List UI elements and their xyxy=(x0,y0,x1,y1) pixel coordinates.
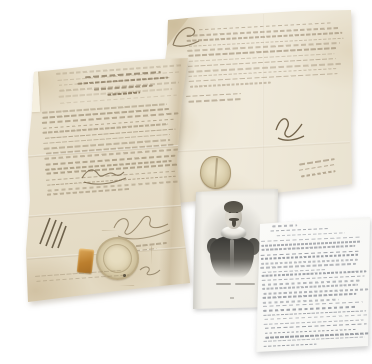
handwriting-line xyxy=(270,228,329,232)
manuscript-paper xyxy=(22,50,194,306)
wax-remnant xyxy=(77,248,94,273)
handwriting-block-docket xyxy=(297,157,344,186)
handwriting-line xyxy=(188,98,242,102)
wax-seal xyxy=(200,156,231,189)
handwriting-line xyxy=(262,220,294,223)
margin-scribble xyxy=(36,214,72,252)
handwriting-line xyxy=(277,232,345,236)
handwriting-line xyxy=(42,123,168,134)
signature-flourish xyxy=(80,166,128,188)
armor-breastplate xyxy=(210,236,254,278)
handwriting-line xyxy=(190,82,271,88)
tape-repair xyxy=(29,70,40,112)
plate-number-mark xyxy=(230,297,234,299)
fold-crease-vertical xyxy=(262,14,264,194)
handwriting-block-body xyxy=(259,236,370,351)
handwriting-line xyxy=(262,293,356,299)
document-manuscript-left xyxy=(22,50,194,306)
portrait-caption-word xyxy=(216,283,231,285)
portrait-eye-left xyxy=(229,212,231,213)
handwriting-line xyxy=(108,91,140,95)
handwriting-block-bottom-row xyxy=(34,269,135,288)
docket-flourish xyxy=(307,187,329,201)
handwriting-line xyxy=(264,343,317,347)
handwriting-line xyxy=(299,164,336,171)
handwriting-line xyxy=(301,170,336,177)
portrait-hair xyxy=(224,201,243,213)
handwriting-line xyxy=(41,112,178,123)
handwriting-block-letter-body xyxy=(185,22,350,96)
handwriting-line xyxy=(94,84,153,90)
portrait-goatee xyxy=(232,220,236,227)
portrait-eye-right xyxy=(236,212,238,213)
handwriting-line xyxy=(272,225,297,228)
photo-canvas xyxy=(0,0,372,364)
signature-flourish xyxy=(272,112,308,148)
letter-bottom-right-paper xyxy=(252,214,372,356)
document-letter-bottom-right xyxy=(252,214,372,356)
